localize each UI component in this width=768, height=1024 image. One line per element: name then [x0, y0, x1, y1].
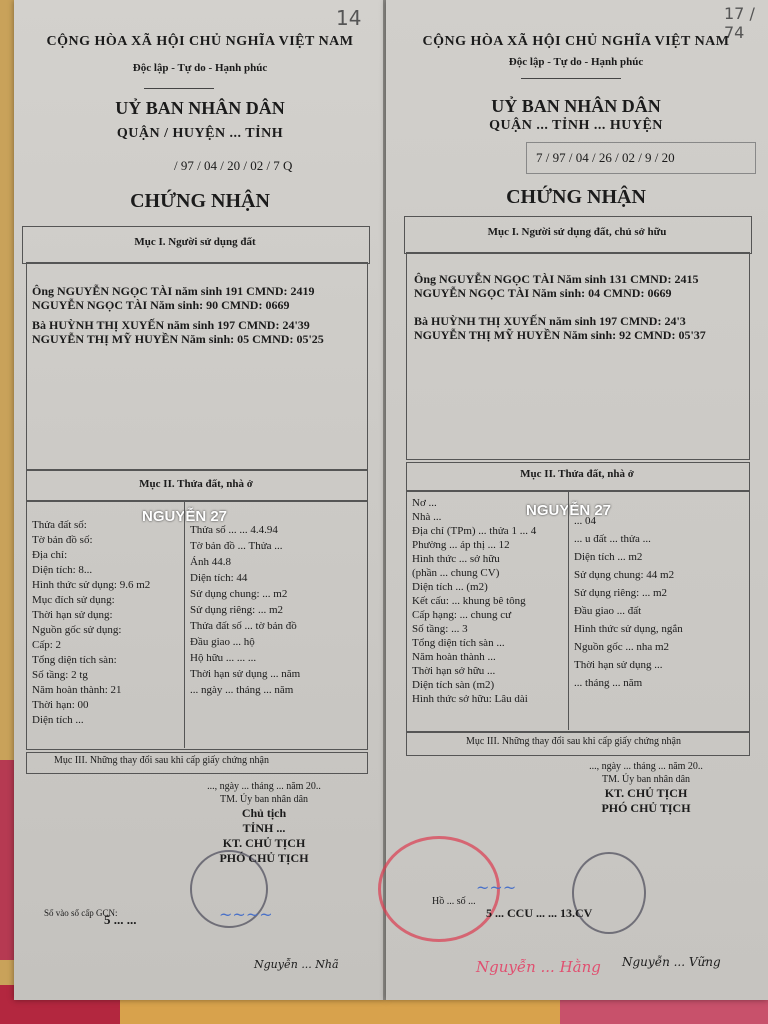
- detail-line: Sử dụng riêng: ... m2: [190, 602, 362, 618]
- detail-line: Thời hạn sở hữu ...: [412, 664, 566, 678]
- signature-line: Chủ tịch: [174, 806, 354, 821]
- national-header: CỘNG HÒA XÃ HỘI CHỦ NGHĨA VIỆT NAM: [406, 34, 746, 50]
- detail-line: Năm hoàn thành ...: [412, 650, 566, 664]
- detail-line: Diện tích ... m2: [574, 548, 746, 566]
- detail-line: Sử dụng chung: ... m2: [190, 586, 362, 602]
- signer-name-red: Nguyễn ... Hằng: [476, 958, 601, 976]
- detail-line: Nhà ...: [412, 510, 566, 524]
- serial-number: / 97 / 04 / 20 / 02 / 7 Q: [174, 158, 292, 174]
- land-details-right-column: Thửa số ... ... 4.4.94Tờ bản đồ ... Thửa…: [190, 522, 362, 698]
- section1-header: Mục I. Người sử dụng đất, chủ sở hữu: [404, 226, 750, 238]
- signer-name: Nguyễn ... Nhã: [254, 958, 339, 971]
- detail-line: Năm hoàn thành: 21: [32, 683, 182, 698]
- detail-line: Nguồn gốc ... nha m2: [574, 638, 746, 656]
- signature-scribble: ~~~~: [219, 905, 273, 924]
- signature-line: ..., ngày ... tháng ... năm 20..: [556, 760, 736, 773]
- detail-line: Sử dụng riêng: ... m2: [574, 584, 746, 602]
- section3-text: Mục III. Những thay đổi sau khi cấp giấy…: [466, 736, 681, 747]
- section2-header: Mục II. Thửa đất, nhà ở: [26, 478, 366, 490]
- detail-line: Cấp: 2: [32, 638, 182, 653]
- owner2-line1: Bà HUỲNH THỊ XUYẾN năm sinh 197 CMND: 24…: [414, 314, 686, 329]
- section1-header: Mục I. Người sử dụng đất: [22, 236, 368, 248]
- detail-line: (phần ... chung CV): [412, 566, 566, 580]
- signer-name: Nguyễn ... Vững: [622, 955, 721, 969]
- certificate-title: CHỨNG NHẬN: [406, 186, 746, 209]
- detail-line: ... ngày ... tháng ... năm: [190, 682, 362, 698]
- detail-line: Thời hạn sử dụng ... năm: [190, 666, 362, 682]
- land-details-right-column: ... 04... u đất ... thửa ...Diện tích ..…: [574, 512, 746, 692]
- detail-line: ... 04: [574, 512, 746, 530]
- detail-line: Địa chỉ (TPm) ... thửa 1 ... 4: [412, 524, 566, 538]
- detail-line: Phường ... áp thị ... 12: [412, 538, 566, 552]
- detail-line: Diện tích: 8...: [32, 563, 182, 578]
- detail-line: Nguồn gốc sử dụng:: [32, 623, 182, 638]
- detail-line: Hộ hữu ... ... ...: [190, 650, 362, 666]
- motto: Độc lập - Tự do - Hạnh phúc: [406, 56, 746, 68]
- registry-label: Hồ ... số ...: [432, 896, 476, 907]
- national-header: CỘNG HÒA XÃ HỘI CHỦ NGHĨA VIỆT NAM: [34, 34, 366, 50]
- authority-district: QUẬN / HUYỆN ... TỈNH: [34, 126, 366, 142]
- detail-line: Kết cấu: ... khung bê tông: [412, 594, 566, 608]
- right-page: 17 / 74 CỘNG HÒA XÃ HỘI CHỦ NGHĨA VIỆT N…: [386, 0, 768, 1000]
- left-page: 14 CỘNG HÒA XÃ HỘI CHỦ NGHĨA VIỆT NAM Độ…: [14, 0, 386, 1000]
- land-details-left-column: Thửa đất số:Tờ bản đồ số:Địa chỉ:Diện tí…: [32, 518, 182, 728]
- detail-line: Số tầng: 2 tg: [32, 668, 182, 683]
- detail-line: Ánh 44.8: [190, 554, 362, 570]
- authority-name: UỶ BAN NHÂN DÂN: [34, 98, 366, 119]
- detail-line: Hình thức sử dụng: 9.6 m2: [32, 578, 182, 593]
- owner1-line2: NGUYỄN NGỌC TÀI Năm sinh: 04 CMND: 0669: [414, 286, 671, 301]
- detail-line: Diện tích ...: [32, 713, 182, 728]
- detail-line: Diện tích: 44: [190, 570, 362, 586]
- detail-line: ... u đất ... thửa ...: [574, 530, 746, 548]
- divider: [144, 88, 214, 89]
- serial-number: 7 / 97 / 04 / 26 / 02 / 9 / 20: [536, 150, 675, 166]
- detail-line: Thửa đất số:: [32, 518, 182, 533]
- detail-line: Thời hạn sử dụng:: [32, 608, 182, 623]
- detail-line: Hình thức sử dụng, ngắn: [574, 620, 746, 638]
- detail-line: Đầu giao ... đất: [574, 602, 746, 620]
- detail-line: Hình thức ... sở hữu: [412, 552, 566, 566]
- divider: [521, 78, 621, 79]
- signature-line: ..., ngày ... tháng ... năm 20..: [174, 780, 354, 793]
- signature-line: PHÓ CHỦ TỊCH: [556, 801, 736, 816]
- detail-line: Hình thức sở hữu: Lâu dài: [412, 692, 566, 706]
- signature-line: TM. Ủy ban nhân dân: [174, 793, 354, 806]
- detail-line: Nơ ...: [412, 496, 566, 510]
- registry-value: 5 ... CCU ... ... 13.CV: [486, 906, 592, 921]
- detail-line: Diện tích sàn (m2): [412, 678, 566, 692]
- signature-line: TM. Ủy ban nhân dân: [556, 773, 736, 786]
- column-divider: [568, 490, 569, 730]
- detail-line: Thửa số ... ... 4.4.94: [190, 522, 362, 538]
- authority-name: UỶ BAN NHÂN DÂN: [406, 96, 746, 117]
- detail-line: Tổng diện tích sàn:: [32, 653, 182, 668]
- section3-text: Mục III. Những thay đổi sau khi cấp giấy…: [54, 755, 269, 766]
- official-seal: [572, 852, 646, 934]
- motto: Độc lập - Tự do - Hạnh phúc: [34, 62, 366, 74]
- owner1-line1: Ông NGUYỄN NGỌC TÀI năm sinh 191 CMND: 2…: [32, 284, 314, 299]
- detail-line: Đầu giao ... hộ: [190, 634, 362, 650]
- detail-line: Tờ bản đồ ... Thửa ...: [190, 538, 362, 554]
- detail-line: Địa chỉ:: [32, 548, 182, 563]
- section2-header: Mục II. Thửa đất, nhà ở: [406, 468, 748, 480]
- column-divider: [184, 500, 185, 748]
- owner1-line2: NGUYỄN NGỌC TÀI Năm sinh: 90 CMND: 0669: [32, 298, 289, 313]
- owner2-line2: NGUYỄN THỊ MỸ HUYỀN Năm sinh: 05 CMND: 0…: [32, 332, 324, 347]
- signature-line: KT. CHỦ TỊCH: [556, 786, 736, 801]
- registry-value: 5 ... ...: [104, 912, 137, 928]
- detail-line: Sử dụng chung: 44 m2: [574, 566, 746, 584]
- page-mark: 14: [336, 6, 361, 30]
- detail-line: ... tháng ... năm: [574, 674, 746, 692]
- certificate-title: CHỨNG NHẬN: [34, 190, 366, 213]
- detail-line: Thời hạn sử dụng ...: [574, 656, 746, 674]
- signature-line: KT. CHỦ TỊCH: [174, 836, 354, 851]
- signature-block: ..., ngày ... tháng ... năm 20..TM. Ủy b…: [556, 760, 736, 816]
- detail-line: Tờ bản đồ số:: [32, 533, 182, 548]
- detail-line: Thửa đất số ... tờ bản đồ: [190, 618, 362, 634]
- signature-scribble-blue: ~~~: [476, 878, 516, 897]
- detail-line: Tổng diện tích sàn ...: [412, 636, 566, 650]
- detail-line: Mục đích sử dụng:: [32, 593, 182, 608]
- land-details-left-column: Nơ ...Nhà ...Địa chỉ (TPm) ... thửa 1 ..…: [412, 496, 566, 706]
- signature-line: TỈNH ...: [174, 821, 354, 836]
- detail-line: Thời hạn: 00: [32, 698, 182, 713]
- detail-line: Cấp hạng: ... chung cư: [412, 608, 566, 622]
- owner2-line1: Bà HUỲNH THỊ XUYẾN năm sinh 197 CMND: 24…: [32, 318, 310, 333]
- signature-block: ..., ngày ... tháng ... năm 20..TM. Ủy b…: [174, 780, 354, 866]
- owner2-line2: NGUYỄN THỊ MỸ HUYỀN Năm sinh: 92 CMND: 0…: [414, 328, 706, 343]
- detail-line: Diện tích ... (m2): [412, 580, 566, 594]
- authority-district: QUẬN ... TỈNH ... HUYỆN: [406, 118, 746, 134]
- owner1-line1: Ông NGUYỄN NGỌC TÀI Năm sinh 131 CMND: 2…: [414, 272, 698, 287]
- detail-line: Số tầng: ... 3: [412, 622, 566, 636]
